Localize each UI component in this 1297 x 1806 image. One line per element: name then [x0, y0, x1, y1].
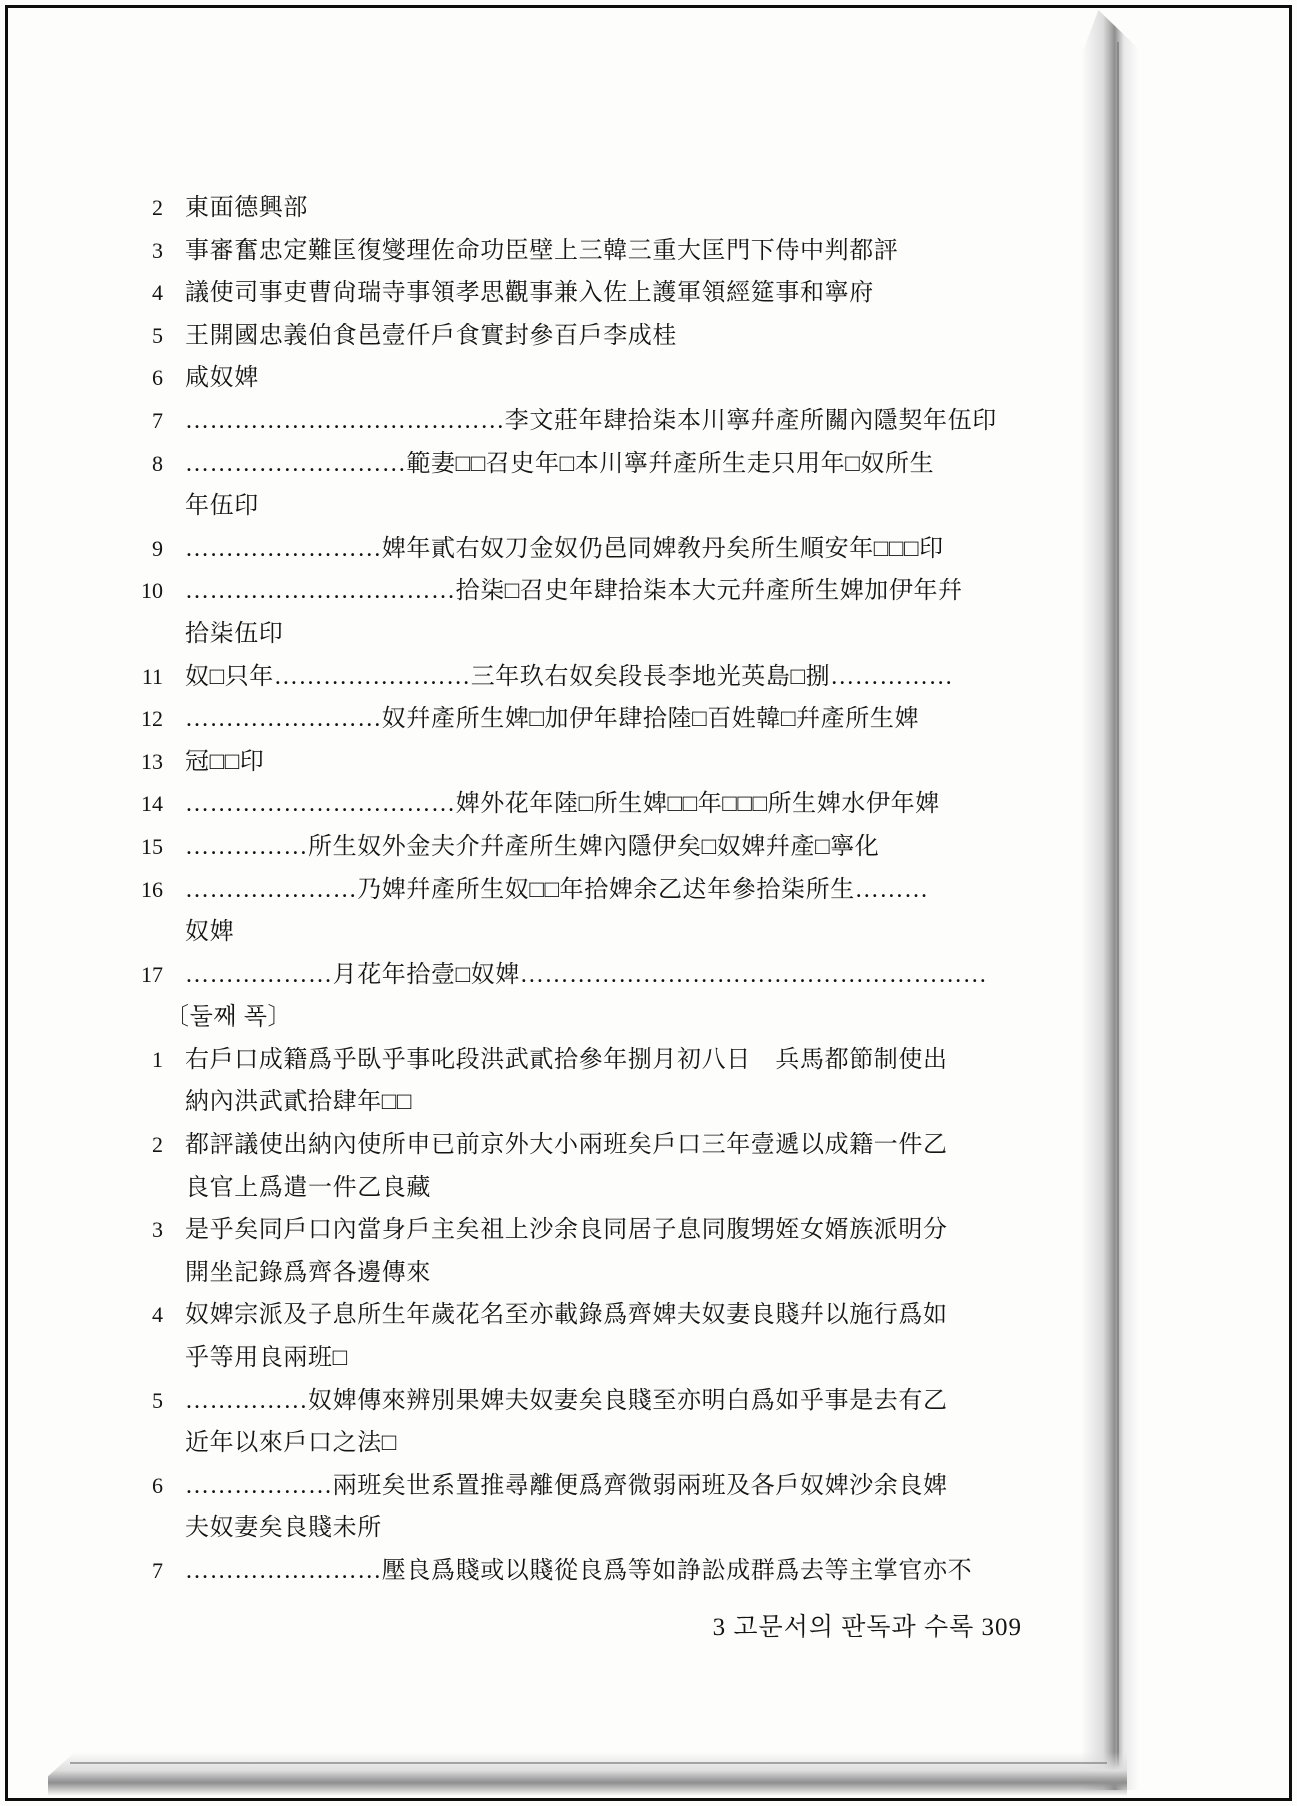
- line-number: 5: [130, 1380, 163, 1423]
- line-text: 冠□□印: [185, 741, 264, 784]
- line-text: ……………奴婢傳來辨別果婢夫奴妻矣良賤至亦明白爲如乎事是去有乙: [185, 1380, 948, 1423]
- transcription-line-continuation: 年伍印: [0, 485, 1030, 528]
- transcription-line-continuation: 奴婢: [0, 911, 1030, 954]
- transcription-line: 15……………所生奴外金夫介幷產所生婢內隱伊矣□奴婢幷產□寧化: [0, 826, 1030, 869]
- transcription-line: 2都評議使出納內使所申已前京外大小兩班矣戶口三年壹遞以成籍一件乙: [0, 1124, 1030, 1167]
- transcription-line-continuation: 乎等用良兩班□: [0, 1337, 1030, 1380]
- line-text: 開坐記錄爲齊各邊傳來: [185, 1252, 431, 1295]
- transcription-line: 10……………………………拾柒□召史年肆拾柒本大元幷產所生婢加伊年幷: [0, 570, 1030, 613]
- line-text: 夫奴妻矣良賤未所: [185, 1507, 382, 1550]
- line-number: 3: [130, 230, 163, 273]
- transcription-line: 6………………兩班矣世系置推尋離便爲齊微弱兩班及各戶奴婢沙余良婢: [0, 1465, 1030, 1508]
- line-number-spacer: [130, 485, 163, 528]
- line-text: ……………………………婢外花年陸□所生婢□□年□□□所生婢水伊年婢: [185, 783, 940, 826]
- line-text: 議使司事吏曹尙瑞寺事領孝思觀事兼入佐上護軍領經筵事和寧府: [185, 272, 874, 315]
- line-text: 奴婢: [185, 911, 234, 954]
- line-text: 納內洪武貳拾肆年□□: [185, 1081, 412, 1124]
- transcription-line-continuation: 近年以來戶口之法□: [0, 1422, 1030, 1465]
- transcription-line: 4議使司事吏曹尙瑞寺事領孝思觀事兼入佐上護軍領經筵事和寧府: [0, 272, 1030, 315]
- line-number: 3: [130, 1209, 163, 1252]
- transcription-line: 17………………月花年拾壹□奴婢…………………………………………………: [0, 954, 1030, 997]
- line-text: 事審奮忠定難匡復燮理佐命功臣壁上三韓三重大匡門下侍中判都評: [185, 230, 898, 273]
- line-number-spacer: [130, 1507, 163, 1550]
- book-page-edge-right-line: [1117, 42, 1119, 1766]
- line-text: ………………月花年拾壹□奴婢…………………………………………………: [185, 954, 987, 997]
- line-number-spacer: [130, 1081, 163, 1124]
- transcription-line: 9……………………婢年貳右奴刀金奴仍邑同婢敎丹矣所生順安年□□□印: [0, 528, 1030, 571]
- line-text: 良官上爲遣一件乙良藏: [185, 1167, 431, 1210]
- transcription-line-continuation: 開坐記錄爲齊各邊傳來: [0, 1252, 1030, 1295]
- line-number: 13: [130, 741, 163, 784]
- line-number-spacer: [130, 911, 163, 954]
- line-text: 奴婢宗派及子息所生年歲花名至亦載錄爲齊婢夫奴妻良賤幷以施行爲如: [185, 1294, 948, 1337]
- line-text: 近年以來戶口之法□: [185, 1422, 397, 1465]
- panel-divider-label: 〔둘째 폭〕: [165, 996, 292, 1039]
- transcription-line: 11奴□只年……………………三年玖右奴矣段長李地光英島□捌……………: [0, 656, 1030, 699]
- section-second-panel: 1右戶口成籍爲乎臥乎事叱段洪武貳拾參年捌月初八日 兵馬都節制使出納內洪武貳拾肆年…: [0, 1039, 1030, 1593]
- transcription-line: 6咸奴婢: [0, 357, 1030, 400]
- transcription-line: 4奴婢宗派及子息所生年歲花名至亦載錄爲齊婢夫奴妻良賤幷以施行爲如: [0, 1294, 1030, 1337]
- line-number-spacer: [130, 1252, 163, 1295]
- line-number: 9: [130, 528, 163, 571]
- line-number: 4: [130, 1294, 163, 1337]
- line-text: ………………………範妻□□召史年□本川寧幷產所生走只用年□奴所生: [185, 443, 934, 486]
- line-text: 乎等用良兩班□: [185, 1337, 348, 1380]
- transcription-line: 3是乎矣同戶口內當身戶主矣祖上沙余良同居子息同腹甥姪女婿族派明分: [0, 1209, 1030, 1252]
- line-text: ……………………婢年貳右奴刀金奴仍邑同婢敎丹矣所生順安年□□□印: [185, 528, 944, 571]
- transcription-line: 5王開國忠義伯食邑壹仟戶食實封參百戶李成桂: [0, 315, 1030, 358]
- page-footer: 3 고문서의 판독과 수록 309: [0, 1607, 1022, 1649]
- transcription-line-continuation: 納內洪武貳拾肆年□□: [0, 1081, 1030, 1124]
- scanned-book-page: { "document": { "section1": { "lines": […: [0, 0, 1297, 1806]
- transcription-line: 16…………………乃婢幷產所生奴□□年拾婢余乙迖年參拾柒所生………: [0, 869, 1030, 912]
- transcription-line: 2東面德興部: [0, 187, 1030, 230]
- line-text: ……………………壓良爲賤或以賤從良爲等如諍訟成群爲去等主掌官亦不: [185, 1550, 972, 1593]
- line-number-spacer: [130, 613, 163, 656]
- line-text: 右戶口成籍爲乎臥乎事叱段洪武貳拾參年捌月初八日 兵馬都節制使出: [185, 1039, 948, 1082]
- book-page-edge-bottom: [48, 1752, 1127, 1796]
- transcription-line: 5……………奴婢傳來辨別果婢夫奴妻矣良賤至亦明白爲如乎事是去有乙: [0, 1380, 1030, 1423]
- line-text: 拾柒伍印: [185, 613, 283, 656]
- line-number-spacer: [130, 1337, 163, 1380]
- transcription-line: 1右戶口成籍爲乎臥乎事叱段洪武貳拾參年捌月初八日 兵馬都節制使出: [0, 1039, 1030, 1082]
- line-number: 4: [130, 272, 163, 315]
- line-number: 6: [130, 357, 163, 400]
- line-text: ………………兩班矣世系置推尋離便爲齊微弱兩班及各戶奴婢沙余良婢: [185, 1465, 948, 1508]
- line-text: 是乎矣同戶口內當身戶主矣祖上沙余良同居子息同腹甥姪女婿族派明分: [185, 1209, 948, 1252]
- transcription-line-continuation: 良官上爲遣一件乙良藏: [0, 1167, 1030, 1210]
- transcription-line: 3事審奮忠定難匡復燮理佐命功臣壁上三韓三重大匡門下侍中判都評: [0, 230, 1030, 273]
- line-number-spacer: [130, 1167, 163, 1210]
- line-number-spacer: [130, 1422, 163, 1465]
- line-number: 1: [130, 1039, 163, 1082]
- line-number: 12: [130, 698, 163, 741]
- line-text: 咸奴婢: [185, 357, 259, 400]
- line-number: 15: [130, 826, 163, 869]
- line-number: 7: [130, 1550, 163, 1593]
- transcription-line: 14……………………………婢外花年陸□所生婢□□年□□□所生婢水伊年婢: [0, 783, 1030, 826]
- transcription-line-continuation: 夫奴妻矣良賤未所: [0, 1507, 1030, 1550]
- panel-divider-row: 〔둘째 폭〕: [0, 996, 1030, 1039]
- line-number: 7: [130, 400, 163, 443]
- line-text: …………………………………李文莊年肆拾柒本川寧幷產所關內隱契年伍印: [185, 400, 997, 443]
- transcription-line: 7…………………………………李文莊年肆拾柒本川寧幷產所關內隱契年伍印: [0, 400, 1030, 443]
- line-number-spacer: [130, 996, 163, 1039]
- line-number: 2: [130, 187, 163, 230]
- line-text: 奴□只年……………………三年玖右奴矣段長李地光英島□捌……………: [185, 656, 953, 699]
- transcription-line: 12……………………奴幷產所生婢□加伊年肆拾陸□百姓韓□幷產所生婢: [0, 698, 1030, 741]
- line-number: 10: [130, 570, 163, 613]
- book-page-edge-bottom-line: [70, 1762, 1107, 1764]
- line-number: 5: [130, 315, 163, 358]
- line-number: 8: [130, 443, 163, 486]
- line-number: 11: [130, 656, 163, 699]
- transcription-content: 2東面德興部3事審奮忠定難匡復燮理佐命功臣壁上三韓三重大匡門下侍中判都評4議使司…: [0, 0, 1030, 1649]
- book-page-edge-right: [1081, 10, 1139, 1790]
- section-first-panel: 2東面德興部3事審奮忠定難匡復燮理佐命功臣壁上三韓三重大匡門下侍中判都評4議使司…: [0, 187, 1030, 996]
- line-text: ……………………奴幷產所生婢□加伊年肆拾陸□百姓韓□幷產所生婢: [185, 698, 919, 741]
- line-number: 16: [130, 869, 163, 912]
- transcription-line: 8………………………範妻□□召史年□本川寧幷產所生走只用年□奴所生: [0, 443, 1030, 486]
- transcription-line: 13冠□□印: [0, 741, 1030, 784]
- line-text: ……………所生奴外金夫介幷產所生婢內隱伊矣□奴婢幷產□寧化: [185, 826, 879, 869]
- line-text: …………………乃婢幷產所生奴□□年拾婢余乙迖年參拾柒所生………: [185, 869, 929, 912]
- line-number: 17: [130, 954, 163, 997]
- line-number: 6: [130, 1465, 163, 1508]
- transcription-line-continuation: 拾柒伍印: [0, 613, 1030, 656]
- line-text: 王開國忠義伯食邑壹仟戶食實封參百戶李成桂: [185, 315, 677, 358]
- line-text: 都評議使出納內使所申已前京外大小兩班矣戶口三年壹遞以成籍一件乙: [185, 1124, 948, 1167]
- line-number: 2: [130, 1124, 163, 1167]
- line-text: 年伍印: [185, 485, 259, 528]
- line-text: 東面德興部: [185, 187, 308, 230]
- transcription-line: 7……………………壓良爲賤或以賤從良爲等如諍訟成群爲去等主掌官亦不: [0, 1550, 1030, 1593]
- line-text: ……………………………拾柒□召史年肆拾柒本大元幷產所生婢加伊年幷: [185, 570, 963, 613]
- line-number: 14: [130, 783, 163, 826]
